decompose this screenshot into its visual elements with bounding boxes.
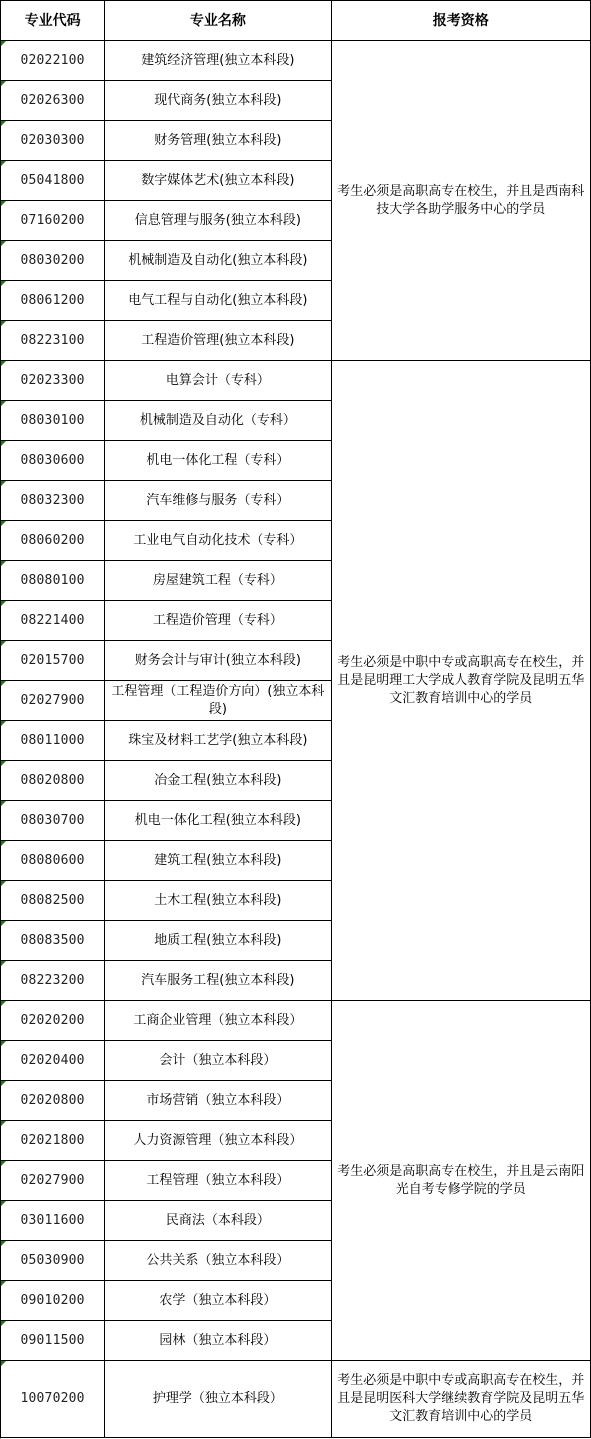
major-name-cell: 人力资源管理（独立本科段） bbox=[105, 1121, 331, 1161]
header-code: 专业代码 bbox=[1, 1, 105, 41]
major-name-cell: 冶金工程(独立本科段) bbox=[105, 761, 331, 801]
major-code-cell: 08082500 bbox=[1, 881, 105, 921]
major-name-cell: 汽车维修与服务（专科） bbox=[105, 481, 331, 521]
major-code-cell: 08223100 bbox=[1, 321, 105, 361]
major-name-cell: 地质工程(独立本科段) bbox=[105, 921, 331, 961]
major-name-cell: 电算会计（专科） bbox=[105, 361, 331, 401]
major-name-cell: 建筑经济管理(独立本科段) bbox=[105, 41, 331, 81]
major-name-cell: 机械制造及自动化（专科） bbox=[105, 401, 331, 441]
table-body: 02022100建筑经济管理(独立本科段)考生必须是高职高专在校生，并且是西南科… bbox=[1, 41, 591, 1438]
major-code-cell: 08080100 bbox=[1, 561, 105, 601]
major-code-cell: 08030600 bbox=[1, 441, 105, 481]
major-name-cell: 现代商务(独立本科段) bbox=[105, 81, 331, 121]
major-name-cell: 民商法（本科段） bbox=[105, 1201, 331, 1241]
major-qualification-table: 专业代码 专业名称 报考资格 02022100建筑经济管理(独立本科段)考生必须… bbox=[0, 0, 591, 1438]
major-code-cell: 08011000 bbox=[1, 721, 105, 761]
major-name-cell: 工程造价管理(独立本科段) bbox=[105, 321, 331, 361]
qualification-cell: 考生必须是高职高专在校生，并且是西南科技大学各助学服务中心的学员 bbox=[331, 41, 590, 361]
major-code-cell: 10070200 bbox=[1, 1361, 105, 1438]
major-name-cell: 珠宝及材料工艺学(独立本科段) bbox=[105, 721, 331, 761]
major-code-cell: 02026300 bbox=[1, 81, 105, 121]
major-code-cell: 02027900 bbox=[1, 1161, 105, 1201]
qualification-cell: 考生必须是中职中专或高职高专在校生，并且是昆明医科大学继续教育学院及昆明五华文汇… bbox=[331, 1361, 590, 1438]
major-name-cell: 公共关系（独立本科段） bbox=[105, 1241, 331, 1281]
major-code-cell: 02027900 bbox=[1, 681, 105, 721]
major-code-cell: 08032300 bbox=[1, 481, 105, 521]
major-code-cell: 02021800 bbox=[1, 1121, 105, 1161]
major-name-cell: 会计（独立本科段） bbox=[105, 1041, 331, 1081]
major-code-cell: 02023300 bbox=[1, 361, 105, 401]
table-row: 02020200工商企业管理（独立本科段）考生必须是高职高专在校生，并且是云南阳… bbox=[1, 1001, 591, 1041]
major-name-cell: 机电一体化工程（专科） bbox=[105, 441, 331, 481]
header-qualification: 报考资格 bbox=[331, 1, 590, 41]
major-code-cell: 02020800 bbox=[1, 1081, 105, 1121]
major-code-cell: 05030900 bbox=[1, 1241, 105, 1281]
major-code-cell: 02022100 bbox=[1, 41, 105, 81]
major-name-cell: 信息管理与服务(独立本科段) bbox=[105, 201, 331, 241]
major-name-cell: 财务会计与审计(独立本科段) bbox=[105, 641, 331, 681]
major-name-cell: 市场营销（独立本科段） bbox=[105, 1081, 331, 1121]
major-code-cell: 08030700 bbox=[1, 801, 105, 841]
major-name-cell: 房屋建筑工程（专科） bbox=[105, 561, 331, 601]
major-code-cell: 08060200 bbox=[1, 521, 105, 561]
major-name-cell: 工业电气自动化技术（专科） bbox=[105, 521, 331, 561]
major-name-cell: 电气工程与自动化(独立本科段) bbox=[105, 281, 331, 321]
major-code-cell: 02030300 bbox=[1, 121, 105, 161]
major-code-cell: 09010200 bbox=[1, 1281, 105, 1321]
qualification-cell: 考生必须是中职中专或高职高专在校生，并且是昆明理工大学成人教育学院及昆明五华文汇… bbox=[331, 361, 590, 1001]
major-code-cell: 02015700 bbox=[1, 641, 105, 681]
qualification-cell: 考生必须是高职高专在校生，并且是云南阳光自考专修学院的学员 bbox=[331, 1001, 590, 1361]
major-code-cell: 08030200 bbox=[1, 241, 105, 281]
major-code-cell: 08083500 bbox=[1, 921, 105, 961]
major-name-cell: 农学（独立本科段） bbox=[105, 1281, 331, 1321]
major-name-cell: 工商企业管理（独立本科段） bbox=[105, 1001, 331, 1041]
major-code-cell: 08030100 bbox=[1, 401, 105, 441]
major-name-cell: 园林（独立本科段） bbox=[105, 1321, 331, 1361]
major-name-cell: 财务管理(独立本科段) bbox=[105, 121, 331, 161]
major-code-cell: 08061200 bbox=[1, 281, 105, 321]
major-code-cell: 08221400 bbox=[1, 601, 105, 641]
major-code-cell: 08020800 bbox=[1, 761, 105, 801]
major-name-cell: 机电一体化工程(独立本科段) bbox=[105, 801, 331, 841]
major-code-cell: 05041800 bbox=[1, 161, 105, 201]
major-name-cell: 工程造价管理（专科） bbox=[105, 601, 331, 641]
major-code-cell: 03011600 bbox=[1, 1201, 105, 1241]
major-code-cell: 09011500 bbox=[1, 1321, 105, 1361]
major-name-cell: 工程管理（工程造价方向）(独立本科段) bbox=[105, 681, 331, 721]
major-name-cell: 汽车服务工程(独立本科段) bbox=[105, 961, 331, 1001]
header-row: 专业代码 专业名称 报考资格 bbox=[1, 1, 591, 41]
major-code-cell: 02020200 bbox=[1, 1001, 105, 1041]
major-name-cell: 护理学（独立本科段） bbox=[105, 1361, 331, 1438]
major-name-cell: 土木工程(独立本科段) bbox=[105, 881, 331, 921]
major-code-cell: 02020400 bbox=[1, 1041, 105, 1081]
major-name-cell: 数字媒体艺术(独立本科段) bbox=[105, 161, 331, 201]
table-row: 02022100建筑经济管理(独立本科段)考生必须是高职高专在校生，并且是西南科… bbox=[1, 41, 591, 81]
major-code-cell: 08223200 bbox=[1, 961, 105, 1001]
table-row: 10070200护理学（独立本科段）考生必须是中职中专或高职高专在校生，并且是昆… bbox=[1, 1361, 591, 1438]
table-row: 02023300电算会计（专科）考生必须是中职中专或高职高专在校生，并且是昆明理… bbox=[1, 361, 591, 401]
header-name: 专业名称 bbox=[105, 1, 331, 41]
major-name-cell: 建筑工程(独立本科段) bbox=[105, 841, 331, 881]
major-name-cell: 工程管理（独立本科段） bbox=[105, 1161, 331, 1201]
major-code-cell: 08080600 bbox=[1, 841, 105, 881]
major-name-cell: 机械制造及自动化(独立本科段) bbox=[105, 241, 331, 281]
major-code-cell: 07160200 bbox=[1, 201, 105, 241]
